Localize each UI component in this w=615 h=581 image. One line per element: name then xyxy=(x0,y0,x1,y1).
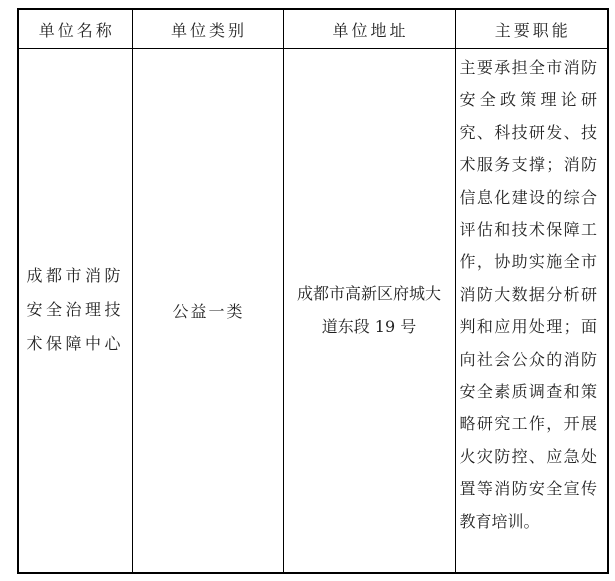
header-unit-address: 单位地址 xyxy=(283,9,455,49)
unit-info-table: 单位名称 单位类别 单位地址 主要职能 成都市消防安全治理技术保障中心 公益一类… xyxy=(17,8,609,574)
cell-main-functions: 主要承担全市消防安全政策理论研究、科技研发、技术服务支撑；消防信息化建设的综合评… xyxy=(455,49,608,573)
header-unit-name: 单位名称 xyxy=(18,9,132,49)
table-header-row: 单位名称 单位类别 单位地址 主要职能 xyxy=(18,9,608,49)
cell-unit-address: 成都市高新区府城大道东段 19 号 xyxy=(283,49,455,573)
cell-unit-name: 成都市消防安全治理技术保障中心 xyxy=(18,49,132,573)
cell-unit-category: 公益一类 xyxy=(132,49,283,573)
header-unit-category: 单位类别 xyxy=(132,9,283,49)
header-main-functions: 主要职能 xyxy=(455,9,608,49)
table-row: 成都市消防安全治理技术保障中心 公益一类 成都市高新区府城大道东段 19 号 主… xyxy=(18,49,608,573)
document-page: 单位名称 单位类别 单位地址 主要职能 成都市消防安全治理技术保障中心 公益一类… xyxy=(0,0,615,581)
